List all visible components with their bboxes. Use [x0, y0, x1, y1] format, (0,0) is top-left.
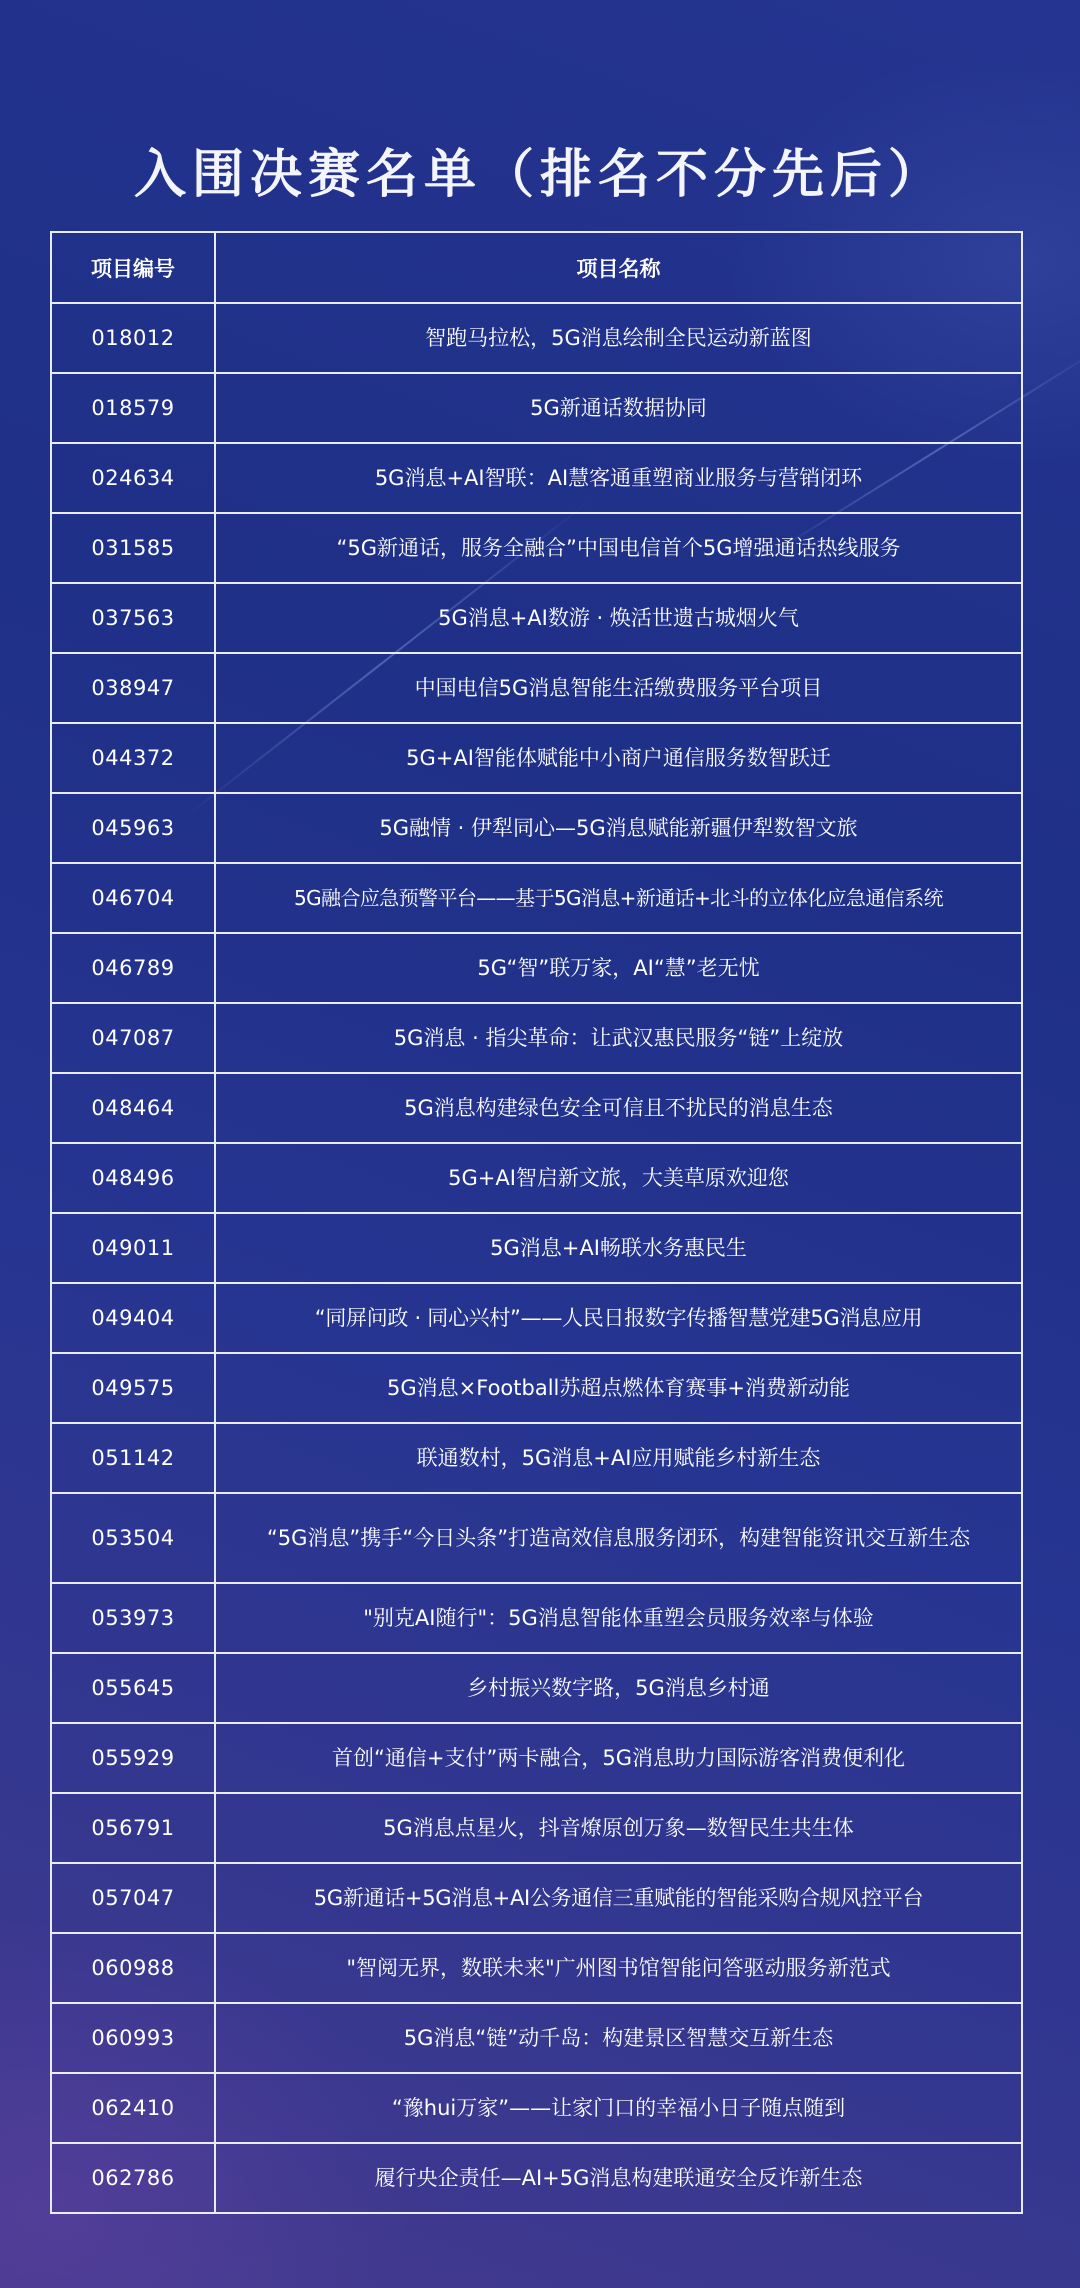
- project-name: 5G消息 · 指尖革命：让武汉惠民服务“链”上绽放: [215, 1003, 1022, 1073]
- table-row: 0609935G消息“链”动千岛：构建景区智慧交互新生态: [51, 2003, 1022, 2073]
- table-row: 0484965G+AI智启新文旅，大美草原欢迎您: [51, 1143, 1022, 1213]
- project-name: 智跑马拉松，5G消息绘制全民运动新蓝图: [215, 303, 1022, 373]
- project-id: 018012: [51, 303, 215, 373]
- table-row: 053973"别克AI随行"：5G消息智能体重塑会员服务效率与体验: [51, 1583, 1022, 1653]
- project-id: 060993: [51, 2003, 215, 2073]
- table-row: 051142联通数村，5G消息+AI应用赋能乡村新生态: [51, 1423, 1022, 1493]
- project-name: 5G消息×Football苏超点燃体育赛事+消费新动能: [215, 1353, 1022, 1423]
- finalist-table: 项目编号 项目名称 018012智跑马拉松，5G消息绘制全民运动新蓝图 0185…: [50, 231, 1023, 2214]
- project-id: 062786: [51, 2143, 215, 2213]
- project-name: 5G消息“链”动千岛：构建景区智慧交互新生态: [215, 2003, 1022, 2073]
- table-row: 031585“5G新通话，服务全融合”中国电信首个5G增强通话热线服务: [51, 513, 1022, 583]
- project-id: 046704: [51, 863, 215, 933]
- project-id: 055929: [51, 1723, 215, 1793]
- project-id: 051142: [51, 1423, 215, 1493]
- project-name: 5G消息+AI畅联水务惠民生: [215, 1213, 1022, 1283]
- project-id: 024634: [51, 443, 215, 513]
- table-row: 0467895G“智”联万家，AI“慧”老无忧: [51, 933, 1022, 1003]
- table-row: 0570475G新通话+5G消息+AI公务通信三重赋能的智能采购合规风控平台: [51, 1863, 1022, 1933]
- project-id: 046789: [51, 933, 215, 1003]
- table-row: 018012智跑马拉松，5G消息绘制全民运动新蓝图: [51, 303, 1022, 373]
- project-name: 履行央企责任—AI+5G消息构建联通安全反诈新生态: [215, 2143, 1022, 2213]
- project-id: 049404: [51, 1283, 215, 1353]
- project-id: 048496: [51, 1143, 215, 1213]
- table-row: 0467045G融合应急预警平台——基于5G消息+新通话+北斗的立体化应急通信系…: [51, 863, 1022, 933]
- project-id: 057047: [51, 1863, 215, 1933]
- project-name: 5G+AI智能体赋能中小商户通信服务数智跃迁: [215, 723, 1022, 793]
- table-row: 053504“5G消息”携手“今日头条”打造高效信息服务闭环，构建智能资讯交互新…: [51, 1493, 1022, 1583]
- project-id: 060988: [51, 1933, 215, 2003]
- project-name: 5G消息+AI智联：AI慧客通重塑商业服务与营销闭环: [215, 443, 1022, 513]
- project-name: 5G“智”联万家，AI“慧”老无忧: [215, 933, 1022, 1003]
- table-row: 0567915G消息点星火，抖音燎原创万象—数智民生共生体: [51, 1793, 1022, 1863]
- table-header-row: 项目编号 项目名称: [51, 232, 1022, 303]
- table-row: 062786履行央企责任—AI+5G消息构建联通安全反诈新生态: [51, 2143, 1022, 2213]
- project-name: 5G融情 · 伊犁同心—5G消息赋能新疆伊犁数智文旅: [215, 793, 1022, 863]
- project-id: 018579: [51, 373, 215, 443]
- page-title: 入围决赛名单（排名不分先后）: [0, 133, 1080, 217]
- project-name: 5G新通话数据协同: [215, 373, 1022, 443]
- column-header-name: 项目名称: [215, 232, 1022, 303]
- project-id: 048464: [51, 1073, 215, 1143]
- project-name: “5G新通话，服务全融合”中国电信首个5G增强通话热线服务: [215, 513, 1022, 583]
- project-name: 5G消息点星火，抖音燎原创万象—数智民生共生体: [215, 1793, 1022, 1863]
- project-name: 首创“通信+支付”两卡融合，5G消息助力国际游客消费便利化: [215, 1723, 1022, 1793]
- project-name: 5G消息+AI数游 · 焕活世遗古城烟火气: [215, 583, 1022, 653]
- project-id: 037563: [51, 583, 215, 653]
- table-row: 0495755G消息×Football苏超点燃体育赛事+消费新动能: [51, 1353, 1022, 1423]
- table-row: 049404“同屏问政 · 同心兴村”——人民日报数字传播智慧党建5G消息应用: [51, 1283, 1022, 1353]
- project-name: 联通数村，5G消息+AI应用赋能乡村新生态: [215, 1423, 1022, 1493]
- table-row: 038947中国电信5G消息智能生活缴费服务平台项目: [51, 653, 1022, 723]
- project-name: 5G消息构建绿色安全可信且不扰民的消息生态: [215, 1073, 1022, 1143]
- table-row: 0443725G+AI智能体赋能中小商户通信服务数智跃迁: [51, 723, 1022, 793]
- project-name: “5G消息”携手“今日头条”打造高效信息服务闭环，构建智能资讯交互新生态: [215, 1493, 1022, 1583]
- project-id: 056791: [51, 1793, 215, 1863]
- project-id: 062410: [51, 2073, 215, 2143]
- project-name: 中国电信5G消息智能生活缴费服务平台项目: [215, 653, 1022, 723]
- project-id: 053973: [51, 1583, 215, 1653]
- table-row: 0470875G消息 · 指尖革命：让武汉惠民服务“链”上绽放: [51, 1003, 1022, 1073]
- table-row: 0484645G消息构建绿色安全可信且不扰民的消息生态: [51, 1073, 1022, 1143]
- project-id: 047087: [51, 1003, 215, 1073]
- project-name: "智阅无界，数联未来"广州图书馆智能问答驱动服务新范式: [215, 1933, 1022, 2003]
- project-name: "别克AI随行"：5G消息智能体重塑会员服务效率与体验: [215, 1583, 1022, 1653]
- table-row: 0375635G消息+AI数游 · 焕活世遗古城烟火气: [51, 583, 1022, 653]
- table-row: 055929首创“通信+支付”两卡融合，5G消息助力国际游客消费便利化: [51, 1723, 1022, 1793]
- project-id: 055645: [51, 1653, 215, 1723]
- project-name: 5G+AI智启新文旅，大美草原欢迎您: [215, 1143, 1022, 1213]
- project-name: 乡村振兴数字路，5G消息乡村通: [215, 1653, 1022, 1723]
- project-name: “豫hui万家”——让家门口的幸福小日子随点随到: [215, 2073, 1022, 2143]
- project-id: 049575: [51, 1353, 215, 1423]
- project-id: 038947: [51, 653, 215, 723]
- project-id: 044372: [51, 723, 215, 793]
- project-id: 049011: [51, 1213, 215, 1283]
- table-row: 0185795G新通话数据协同: [51, 373, 1022, 443]
- table-row: 055645乡村振兴数字路，5G消息乡村通: [51, 1653, 1022, 1723]
- table-row: 0246345G消息+AI智联：AI慧客通重塑商业服务与营销闭环: [51, 443, 1022, 513]
- project-id: 045963: [51, 793, 215, 863]
- project-id: 053504: [51, 1493, 215, 1583]
- table-row: 060988"智阅无界，数联未来"广州图书馆智能问答驱动服务新范式: [51, 1933, 1022, 2003]
- project-name: 5G新通话+5G消息+AI公务通信三重赋能的智能采购合规风控平台: [215, 1863, 1022, 1933]
- table-row: 0459635G融情 · 伊犁同心—5G消息赋能新疆伊犁数智文旅: [51, 793, 1022, 863]
- project-id: 031585: [51, 513, 215, 583]
- table-row: 062410“豫hui万家”——让家门口的幸福小日子随点随到: [51, 2073, 1022, 2143]
- column-header-id: 项目编号: [51, 232, 215, 303]
- table-row: 0490115G消息+AI畅联水务惠民生: [51, 1213, 1022, 1283]
- project-name: “同屏问政 · 同心兴村”——人民日报数字传播智慧党建5G消息应用: [215, 1283, 1022, 1353]
- project-name: 5G融合应急预警平台——基于5G消息+新通话+北斗的立体化应急通信系统: [215, 863, 1022, 933]
